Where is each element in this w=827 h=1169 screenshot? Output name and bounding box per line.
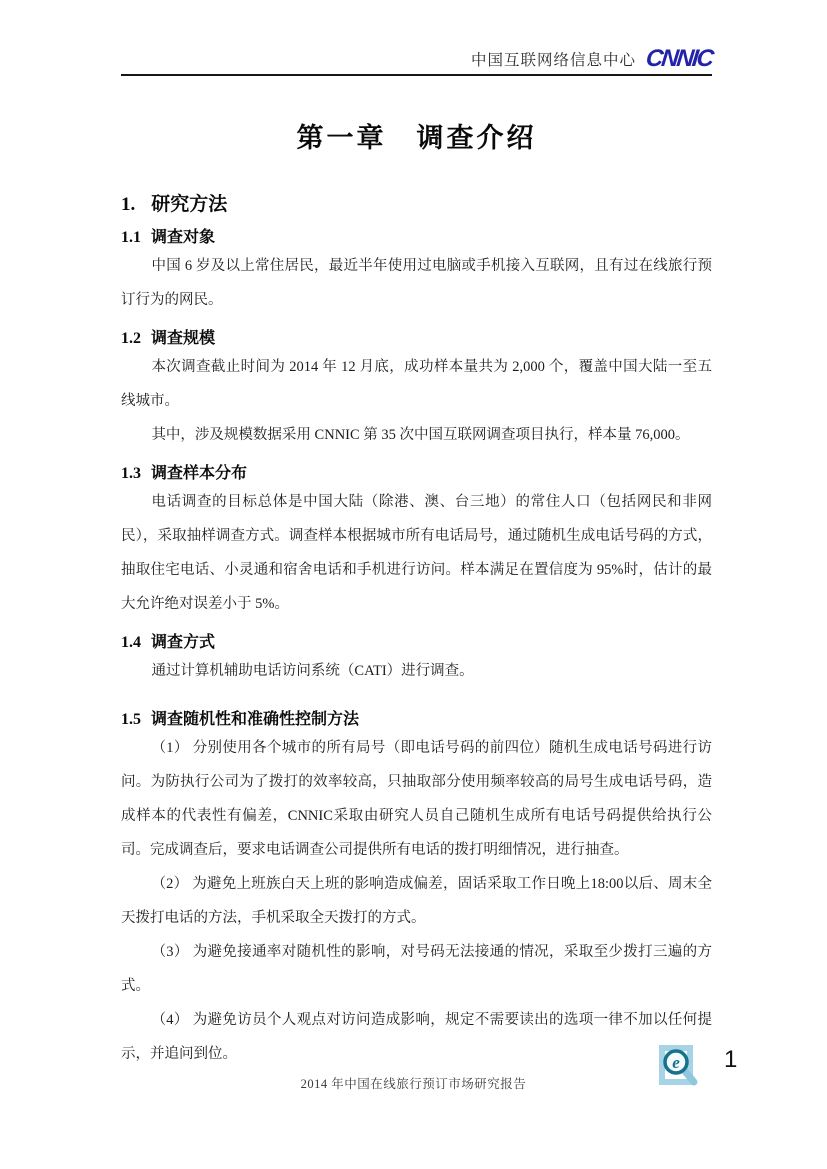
- paragraph: （2） 为避免上班族白天上班的影响造成偏差，固话采取工作日晚上18:00以后、周…: [121, 867, 712, 935]
- footer-report-title: 2014 年中国在线旅行预订市场研究报告: [0, 1074, 827, 1092]
- section-heading-1-5: 1.5调查随机性和准确性控制方法: [121, 706, 712, 729]
- section-title: 调查方式: [151, 634, 215, 651]
- section-title: 调查样本分布: [151, 465, 247, 482]
- paragraph: 其中，涉及规模数据采用 CNNIC 第 35 次中国互联网调查项目执行，样本量 …: [121, 418, 712, 452]
- section-heading-1: 1.研究方法: [121, 189, 712, 216]
- document-body: 第一章 调查介绍 1.研究方法 1.1调查对象 中国 6 岁及以上常住居民，最近…: [0, 116, 827, 1071]
- section-heading-1-3: 1.3调查样本分布: [121, 460, 712, 483]
- section-number: 1.1: [121, 229, 141, 246]
- section-number: 1.: [121, 194, 135, 215]
- section-title: 研究方法: [151, 194, 227, 215]
- section-heading-1-2: 1.2调查规模: [121, 325, 712, 348]
- paragraph: （1） 分别使用各个城市的所有局号（即电话号码的前四位）随机生成电话号码进行访问…: [121, 731, 712, 867]
- paragraph: （4） 为避免访员个人观点对访问造成影响，规定不需要读出的选项一律不加以任何提示…: [121, 1003, 712, 1071]
- section-number: 1.4: [121, 634, 141, 651]
- section-heading-1-4: 1.4调查方式: [121, 629, 712, 652]
- paragraph: 中国 6 岁及以上常住居民，最近半年使用过电脑或手机接入互联网，且有过在线旅行预…: [121, 249, 712, 317]
- section-number: 1.3: [121, 465, 141, 482]
- org-name: 中国互联网络信息中心: [471, 48, 636, 70]
- cnnic-logo-icon: CNNIC: [645, 48, 713, 70]
- paragraph: 通过计算机辅助电话访问系统（CATI）进行调查。: [121, 654, 712, 688]
- section-title: 调查随机性和准确性控制方法: [151, 711, 359, 728]
- section-number: 1.5: [121, 711, 141, 728]
- section-title: 调查对象: [151, 229, 215, 246]
- section-heading-1-1: 1.1调查对象: [121, 224, 712, 247]
- svg-text:e: e: [672, 1053, 680, 1072]
- section-number: 1.2: [121, 330, 141, 347]
- paragraph: （3） 为避免接通率对随机性的影响，对号码无法接通的情况，采取至少拨打三遍的方式…: [121, 935, 712, 1003]
- document-page: 中国互联网络信息中心 CNNIC 第一章 调查介绍 1.研究方法 1.1调查对象…: [0, 0, 827, 1169]
- chapter-title: 第一章 调查介绍: [121, 116, 712, 155]
- paragraph: 本次调查截止时间为 2014 年 12 月底，成功样本量共为 2,000 个，覆…: [121, 350, 712, 418]
- section-title: 调查规模: [151, 330, 215, 347]
- page-number: 1: [724, 1046, 737, 1074]
- page-header: 中国互联网络信息中心 CNNIC: [121, 0, 712, 76]
- paragraph: 电话调查的目标总体是中国大陆（除港、澳、台三地）的常住人口（包括网民和非网民），…: [121, 485, 712, 621]
